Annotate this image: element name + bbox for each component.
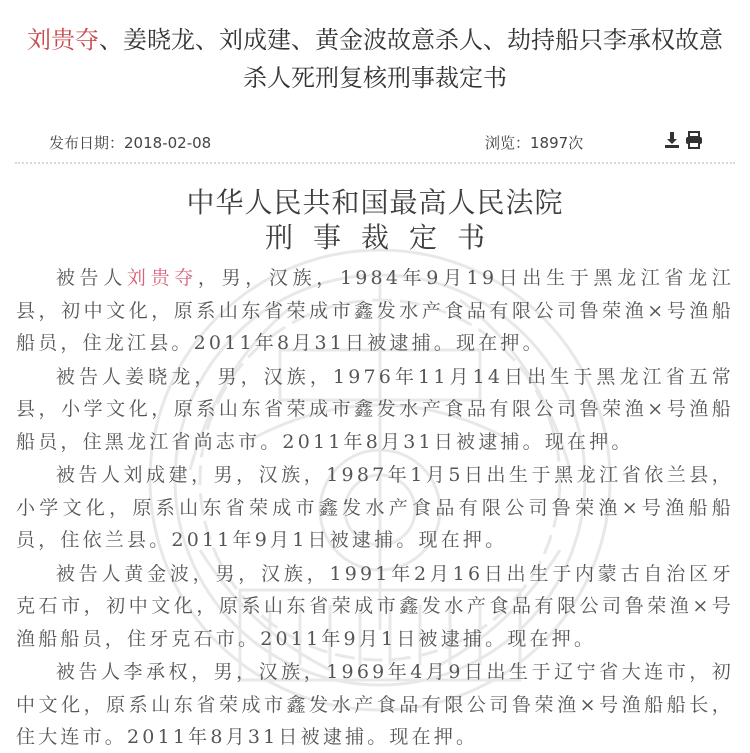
defendant-prefix: 被告人 — [56, 661, 124, 683]
defendant-paragraph: 被告人刘成建，男，汉族，1987年1月5日出生于黑龙江省依兰县，小学文化，原系山… — [16, 459, 734, 557]
defendant-paragraph: 被告人姜晓龙，男，汉族，1976年11月14日出生于黑龙江省五常县，小学文化，原… — [16, 361, 734, 459]
publish-date-label: 发布日期： — [49, 134, 124, 152]
document-type: 刑事裁定书 — [0, 220, 750, 256]
defendant-prefix: 被告人 — [56, 267, 127, 289]
view-count: 浏览：1897次 — [485, 132, 583, 153]
defendant-name: 姜晓龙 — [125, 366, 194, 388]
document-body: 被告人刘贵夺，男，汉族，1984年9月19日出生于黑龙江省龙江县，初中文化，原系… — [16, 262, 734, 753]
defendant-prefix: 被告人 — [56, 366, 125, 388]
defendant-name: 刘成建 — [123, 464, 191, 486]
print-icon[interactable] — [685, 130, 703, 150]
article-title-line-2: 杀人死刑复核刑事裁定书 — [0, 60, 750, 96]
defendant-name: 李承权 — [123, 661, 191, 683]
meta-bar: 发布日期：2018-02-08 浏览：1897次 — [15, 128, 735, 164]
view-count-label: 浏览： — [485, 134, 530, 152]
meta-actions — [663, 130, 703, 150]
defendant-paragraph: 被告人黄金波，男，汉族，1991年2月16日出生于内蒙古自治区牙克石市，初中文化… — [16, 558, 734, 656]
publish-date: 发布日期：2018-02-08 — [49, 132, 211, 153]
view-count-unit: 次 — [568, 134, 583, 152]
defendant-name: 黄金波 — [124, 563, 192, 585]
download-icon[interactable] — [663, 130, 681, 150]
title-line-1-rest: 、姜晓龙、刘成建、黄金波故意杀人、劫持船只李承权故意 — [99, 26, 723, 54]
defendant-paragraph: 被告人李承权，男，汉族，1969年4月9日出生于辽宁省大连市，初中文化，原系山东… — [16, 656, 734, 753]
title-highlight-name: 刘贵夺 — [27, 26, 99, 54]
defendant-paragraph: 被告人刘贵夺，男，汉族，1984年9月19日出生于黑龙江省龙江县，初中文化，原系… — [16, 262, 734, 360]
view-count-value: 1897 — [530, 134, 568, 152]
defendant-prefix: 被告人 — [56, 563, 124, 585]
document-header: 中华人民共和国最高人民法院 刑事裁定书 — [0, 186, 750, 256]
defendant-prefix: 被告人 — [56, 464, 124, 486]
article-title-line-1: 刘贵夺、姜晓龙、刘成建、黄金波故意杀人、劫持船只李承权故意 — [0, 22, 750, 58]
publish-date-value: 2018-02-08 — [124, 134, 211, 152]
court-name: 中华人民共和国最高人民法院 — [0, 186, 750, 220]
defendant-name-highlight: 刘贵夺 — [127, 267, 198, 289]
